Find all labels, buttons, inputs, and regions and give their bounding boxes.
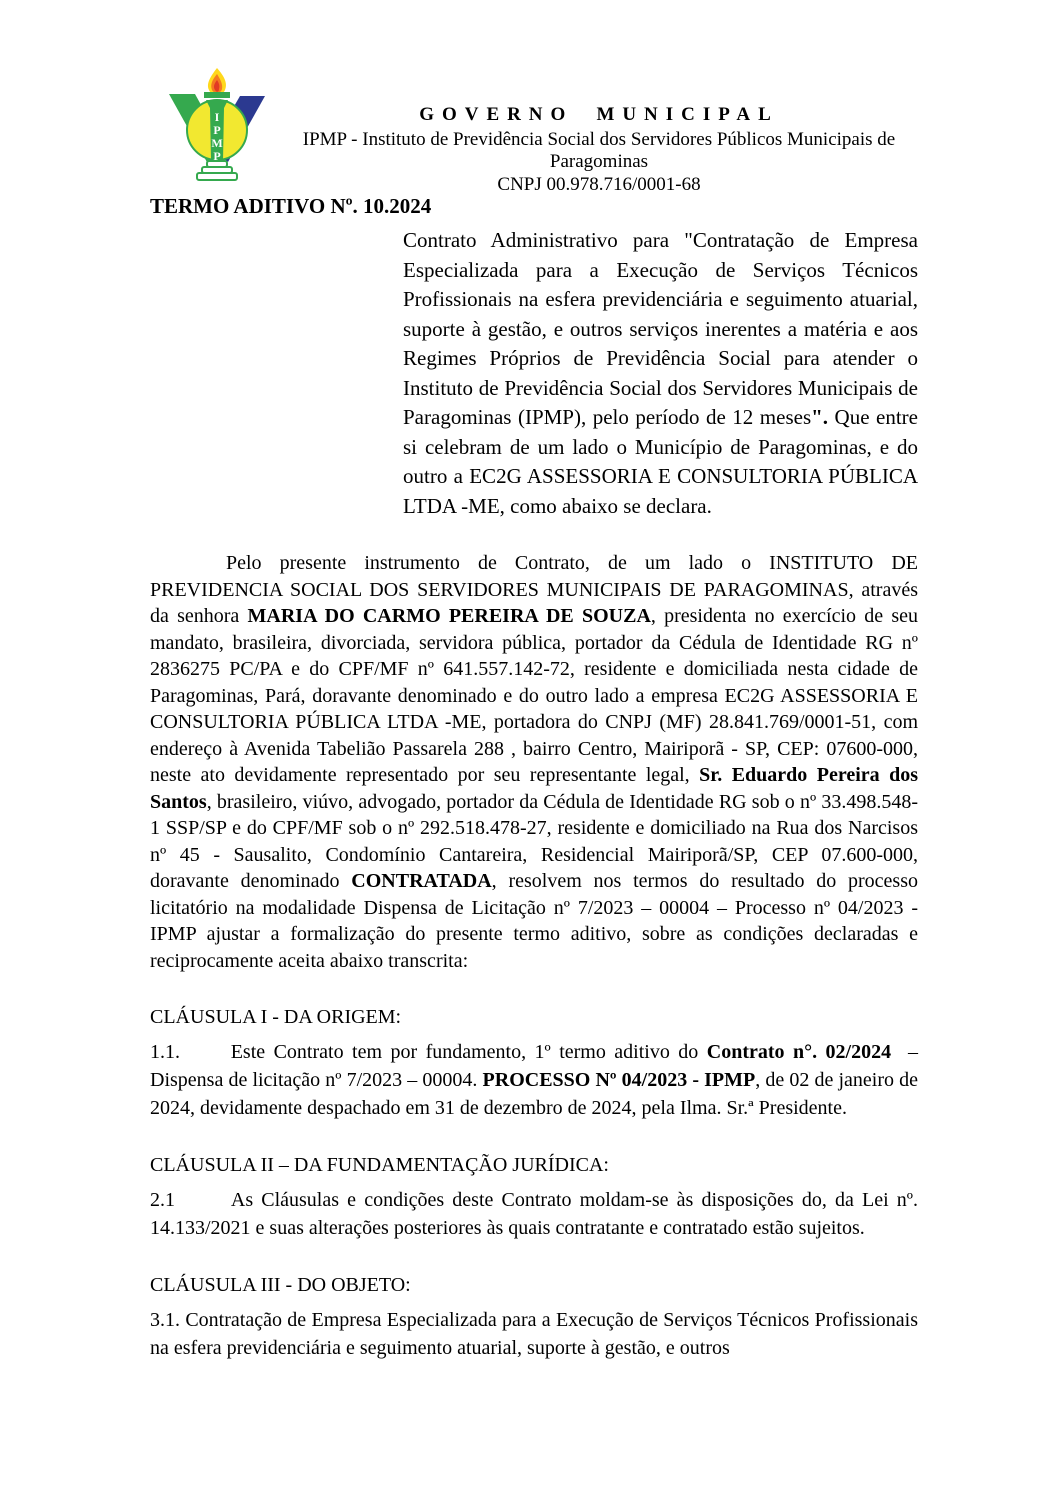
document-title: TERMO ADITIVO Nº. 10.2024 [150,194,918,219]
clause-ii-section: CLÁUSULA II – DA FUNDAMENTAÇÃO JURÍDICA:… [150,1154,918,1242]
clause-i-section: CLÁUSULA I - DA ORIGEM: 1.1. Este Contra… [150,1006,918,1122]
document-page: I P M P GOVERNO MUNICIPAL IPMP - Institu… [0,0,1058,1497]
contract-summary-quote: Contrato Administrativo para "Contrataçã… [403,226,918,521]
clause-ii-heading: CLÁUSULA II – DA FUNDAMENTAÇÃO JURÍDICA: [150,1154,918,1177]
clause-iii-section: CLÁUSULA III - DO OBJETO: 3.1. Contrataç… [150,1274,918,1362]
preamble-paragraph: Pelo presente instrumento de Contrato, d… [150,550,918,974]
logo-letter-p1: P [213,123,220,137]
institute-name: IPMP - Instituto de Previdência Social d… [280,129,918,173]
ipmp-logo: I P M P [164,68,270,182]
government-title: GOVERNO MUNICIPAL [280,104,918,126]
logo-letter-m: M [211,136,222,150]
letterhead-text: GOVERNO MUNICIPAL IPMP - Instituto de Pr… [280,68,918,196]
clause-i-item-1-1: 1.1. Este Contrato tem por fundamento, 1… [150,1038,918,1122]
torch-cup [204,92,230,98]
clause-iii-heading: CLÁUSULA III - DO OBJETO: [150,1274,918,1297]
clause-i-heading: CLÁUSULA I - DA ORIGEM: [150,1006,918,1029]
cnpj-number: CNPJ 00.978.716/0001-68 [280,174,918,196]
letterhead: I P M P GOVERNO MUNICIPAL IPMP - Institu… [150,68,918,180]
logo-letter-i: I [215,110,220,124]
clause-ii-item-2-1: 2.1 As Cláusulas e condições deste Contr… [150,1186,918,1242]
clause-iii-item-3-1: 3.1. Contratação de Empresa Especializad… [150,1306,918,1362]
